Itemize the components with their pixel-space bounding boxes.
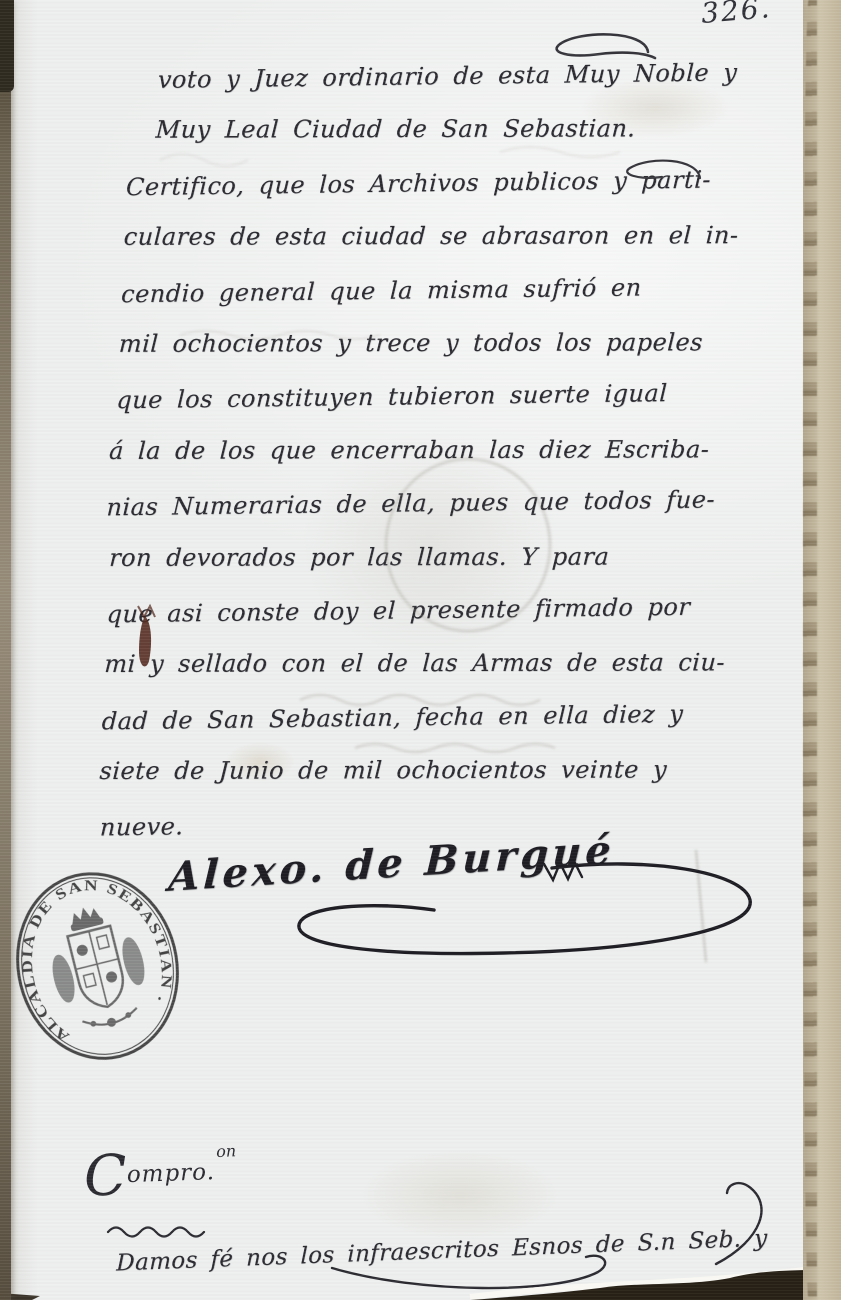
manuscript-text-block: voto y Juez ordinario de esta Muy Noble … [96,48,792,854]
manuscript-line: que asi conste doy el presente firmado p… [106,580,768,642]
torn-right-edge [803,0,817,1300]
abbrev-initial: C [83,1143,128,1209]
underline-squiggle [108,1228,204,1237]
manuscript-line: que los constituyen tubieron suerte igua… [115,366,777,428]
manuscript-line: siete de Junio de mil ochocientos veinte… [98,743,761,798]
attestation-line: Damos fé nos los infraescritos Esnos de … [116,1225,768,1276]
manuscript-line: Certifico, que los Archivos publicos y p… [125,152,787,214]
manuscript-line: culares de esta ciudad se abrasaron en e… [122,209,785,264]
manuscript-line: voto y Juez ordinario de esta Muy Noble … [157,46,792,108]
binding-edge [0,0,11,1300]
manuscript-line: dad de San Sebastian, fecha en ella diez… [101,686,763,748]
scanned-document-page: 326. voto y Juez ordinario de esta Muy N… [0,0,841,1300]
abbrev-rest: ompro. [126,1159,215,1188]
paper-stain [360,1150,560,1240]
manuscript-line: nias Numerarias de ella, pues que todos … [105,473,772,535]
binding-edge-corner [0,0,14,92]
manuscript-line: mi y sellado con el de las Armas de esta… [103,636,766,691]
abbrev-superscript: on [216,1141,237,1161]
manuscript-line: mil ochocientos y trece y todos los pape… [118,316,781,371]
page-number: 326. [700,0,773,30]
manuscript-line: ron devorados por las llamas. Y para [108,530,771,585]
manuscript-line: á la de los que encerraban las diez Escr… [108,423,776,478]
manuscript-line: cendio general que la misma sufrió en [120,259,782,321]
marginal-abbreviation: Compro.on [83,1149,235,1200]
manuscript-line: Muy Leal Ciudad de San Sebastian. [154,102,790,157]
